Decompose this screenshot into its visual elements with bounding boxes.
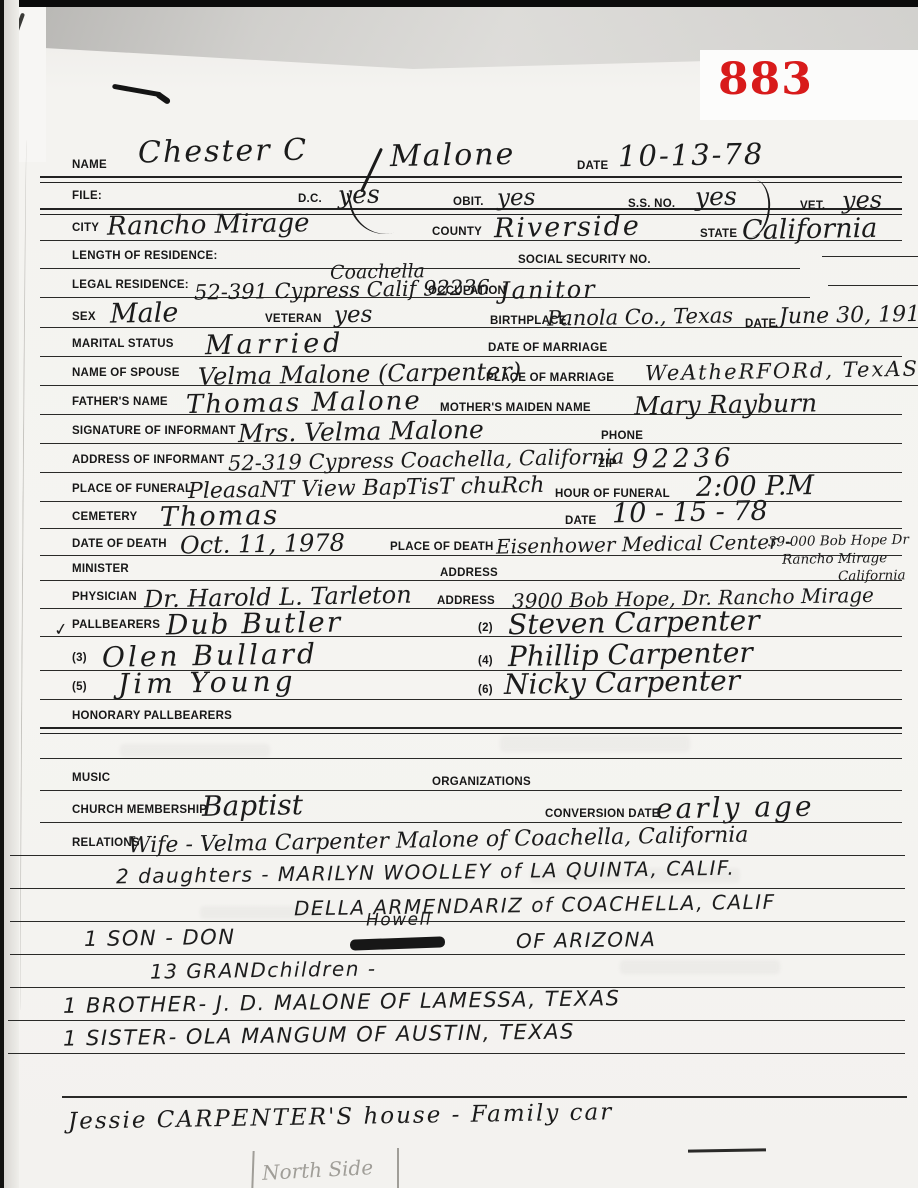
birthdate-value: June 30, 1910 (779, 302, 918, 330)
legal-residence-label: LEGAL RESIDENCE: (72, 279, 189, 291)
church-membership-value: Baptist (202, 788, 304, 823)
conversion-date-label: CONVERSION DATE (545, 808, 660, 820)
occupation-label: OCCUPATION (428, 285, 506, 297)
veteran-value: yes (334, 302, 373, 329)
pallbearer-3-label: (3) (72, 652, 87, 664)
ssno-value: yes (695, 182, 737, 212)
name-first-value: Chester C (138, 133, 309, 171)
pallbearer-5-value: Jim Young (118, 664, 297, 700)
footer-underline (688, 1148, 766, 1152)
scribbled-out-word (350, 936, 445, 950)
pallbearer-4-label: (4) (478, 655, 493, 667)
place-of-death-note-1: 39-000 Bob Hope Dr (768, 532, 909, 550)
pallbearer-1-value: Dub Butler (166, 605, 343, 641)
minister-label: MINISTER (72, 563, 129, 575)
relations-line-brother: 1 BROTHER- J. D. MALONE OF LAMESSA, TEXA… (63, 986, 621, 1018)
relations-line-son-start: 1 SON - DON (84, 925, 236, 951)
length-of-residence-label: LENGTH OF RESIDENCE: (72, 250, 218, 262)
rule-line (40, 356, 902, 357)
organizations-label: ORGANIZATIONS (432, 776, 531, 788)
vet-label: VET. (800, 200, 825, 212)
relations-line-grandchildren: 13 GRANDchildren - (150, 956, 377, 983)
rule-line (10, 954, 905, 955)
ghost-smudge (620, 960, 780, 974)
legal-residence-insert: Coachella (330, 260, 425, 284)
county-label: COUNTY (432, 226, 482, 238)
pencil-bracket-right (397, 1148, 399, 1188)
date-value: 10-13-78 (618, 137, 765, 174)
rule-line (10, 921, 905, 922)
place-of-marriage-label: PLACE OF MARRIAGE (486, 372, 614, 384)
obit-value: yes (497, 185, 536, 212)
name-last-value: Malone (390, 137, 516, 174)
minister-address-label: ADDRESS (440, 567, 498, 579)
place-of-death-label: PLACE OF DEATH (390, 541, 494, 553)
rule-fragment (828, 285, 918, 286)
sex-label: SEX (72, 311, 96, 323)
place-of-funeral-label: PLACE OF FUNERAL (72, 483, 192, 495)
place-of-funeral-value: PleasaNT View BapTisT chuRch (188, 473, 545, 504)
date-label: DATE (577, 160, 608, 172)
informant-address-value: 52-319 Cypress Coachella, California (228, 445, 624, 476)
pallbearers-label: PALLBEARERS (72, 619, 160, 631)
pallbearer-5-label: (5) (72, 681, 87, 693)
rule-line (40, 580, 902, 581)
rule-line (40, 727, 902, 734)
pallbearer-6-label: (6) (478, 684, 493, 696)
page-number-stamp: 883 (718, 54, 813, 105)
church-membership-label: CHURCH MEMBERSHIP (72, 804, 207, 816)
funeral-date-label: DATE (565, 515, 596, 527)
checkmark: ✓ (53, 619, 70, 641)
rule-line (40, 758, 902, 759)
zip-value: 92236 (632, 443, 735, 475)
ghost-smudge (120, 744, 270, 757)
cemetery-label: CEMETERY (72, 511, 137, 523)
city-value: Rancho Mirage (107, 208, 310, 242)
informant-signature-label: SIGNATURE OF INFORMANT (72, 425, 236, 437)
footer-note: Jessie CARPENTER'S house - Family car (68, 1099, 614, 1135)
spouse-label: NAME OF SPOUSE (72, 367, 180, 379)
fathers-name-label: FATHER'S NAME (72, 396, 168, 408)
rule-line (40, 176, 902, 183)
pallbearer-2-label: (2) (478, 622, 493, 634)
state-value: California (742, 213, 878, 246)
spouse-value: Velma Malone (Carpenter) (198, 357, 522, 391)
place-of-marriage-value: WeAtheRFORd, TexAS (645, 357, 918, 386)
pen-mark-tip (155, 91, 172, 105)
scanned-record-sheet: 883 NAME Chester C Malone DATE 10-13-78 … (0, 0, 918, 1188)
file-label: FILE: (72, 190, 102, 202)
pen-flourish (346, 184, 393, 241)
date-of-marriage-label: DATE OF MARRIAGE (488, 342, 607, 354)
ghost-smudge (500, 736, 690, 752)
pencil-note: North Side (261, 1155, 373, 1185)
conversion-date-value: early age (656, 790, 815, 826)
scan-top-edge (0, 0, 918, 7)
birthplace-value: Panola Co., Texas (547, 303, 733, 330)
marital-status-label: MARITAL STATUS (72, 338, 174, 350)
relations-line-daughters: 2 daughters - MARILYN WOOLLEY of LA QUIN… (116, 856, 736, 889)
music-label: MUSIC (72, 772, 110, 784)
fathers-name-value: Thomas Malone (186, 386, 422, 420)
county-value: Riverside (494, 211, 641, 245)
scan-left-gray (4, 0, 19, 1188)
pallbearer-6-value: Nicky Carpenter (504, 664, 741, 701)
vet-value: yes (842, 186, 883, 215)
rule-line (62, 1096, 907, 1098)
birthdate-label: DATE (745, 318, 776, 330)
state-label: STATE (700, 228, 737, 240)
rule-line (40, 555, 902, 556)
relations-line-son-end: OF ARIZONA (516, 927, 656, 953)
physician-label: PHYSICIAN (72, 591, 137, 603)
marital-status-value: Married (205, 328, 345, 361)
place-of-death-note-2: Rancho Mirage (782, 550, 887, 568)
rule-fragment (822, 256, 918, 257)
informant-address-label: ADDRESS OF INFORMANT (72, 454, 225, 466)
social-security-label: SOCIAL SECURITY NO. (518, 254, 651, 266)
relations-line-son-insert: Howell (366, 910, 432, 931)
zip-label: ZIP (598, 458, 617, 470)
occupation-value: Janitor (500, 275, 597, 305)
city-label: CITY (72, 222, 99, 234)
name-label: NAME (72, 159, 107, 171)
ssno-label: S.S. NO. (628, 198, 675, 210)
cemetery-value: Thomas (160, 500, 280, 533)
date-of-death-label: DATE OF DEATH (72, 538, 167, 550)
pencil-bracket-left (251, 1151, 254, 1188)
physician-address-label: ADDRESS (437, 595, 495, 607)
veteran-label: VETERAN (265, 313, 322, 325)
mothers-maiden-name-label: MOTHER'S MAIDEN NAME (440, 402, 591, 414)
obit-label: OBIT. (453, 196, 484, 208)
informant-signature-value: Mrs. Velma Malone (238, 415, 484, 448)
dc-label: D.C. (298, 193, 322, 205)
relations-line-wife: Wife - Velma Carpenter Malone of Coachel… (128, 823, 749, 859)
relations-line-sister: 1 SISTER- OLA MANGUM OF AUSTIN, TEXAS (63, 1019, 575, 1050)
rule-line (8, 1053, 905, 1054)
funeral-date-value: 10 - 15 - 78 (612, 496, 768, 530)
phone-label: PHONE (601, 430, 643, 442)
date-of-death-value: Oct. 11, 1978 (180, 529, 345, 560)
mothers-maiden-name-value: Mary Rayburn (634, 388, 818, 420)
paper-crease (19, 140, 28, 1010)
sex-value: Male (110, 297, 179, 329)
honorary-pallbearers-label: HONORARY PALLBEARERS (72, 710, 232, 722)
